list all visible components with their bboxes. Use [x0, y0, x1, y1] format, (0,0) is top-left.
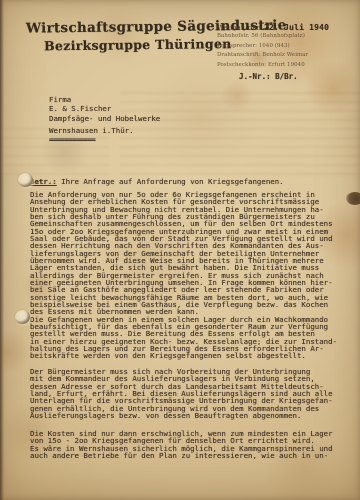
recipient-line-business: Dampfsäge- und Hobelwerke	[49, 114, 160, 123]
recipient-line-firma: Firma	[49, 95, 160, 104]
letter-document: Wirtschaftsgruppe Sägeindustrie Bezirksg…	[0, 0, 360, 500]
letterhead-telegram: Drahtanschrift: Benholz Weimar	[217, 51, 349, 61]
letterhead-postal-account: Postscheckkonto: Erfurt 19040	[217, 61, 349, 71]
recipient-address-block: Firma E. & S.Fischer Dampfsäge- und Hobe…	[49, 95, 160, 144]
body-paragraph-3: Die Kosten sind nur dann erschwinglich, …	[30, 430, 333, 459]
reference-number: J.-Nr.: B/Br.	[239, 72, 349, 81]
letterhead-address: Bahnhofstr. 56 (Bahnhofsplatz)	[217, 32, 349, 42]
punch-hole-top	[18, 173, 33, 187]
photo-edge-shadow	[0, 0, 4, 500]
recipient-line-company: E. & S.Fischer	[49, 104, 160, 113]
subject-label: Betr.:	[30, 177, 57, 186]
letterhead-phone: Fernsprecher: 1040 (943)	[217, 42, 349, 52]
date-and-contact-block: Weimar, den 22. Juli 1940 Bahnhofstr. 56…	[217, 23, 349, 81]
date-line: Weimar, den 22. Juli 1940	[217, 23, 349, 32]
subject-text: Ihre Anfrage auf Anforderung von Kriegsg…	[57, 177, 284, 186]
subject-line: Betr.: Ihre Anfrage auf Anforderung von …	[30, 177, 284, 186]
date-typed: 22. Juli 1940	[264, 23, 329, 32]
punch-hole-bottom	[15, 310, 30, 324]
recipient-underline: ============	[49, 135, 160, 144]
date-place-printed: Weimar, den	[217, 24, 261, 32]
body-paragraphs-1: Die Anforderung von nur 5o oder 6o Krieg…	[30, 191, 337, 360]
body-paragraph-2: Der Bürgermeister muss sich nach Vorbere…	[30, 368, 333, 419]
edge-tear-mark	[346, 192, 360, 205]
